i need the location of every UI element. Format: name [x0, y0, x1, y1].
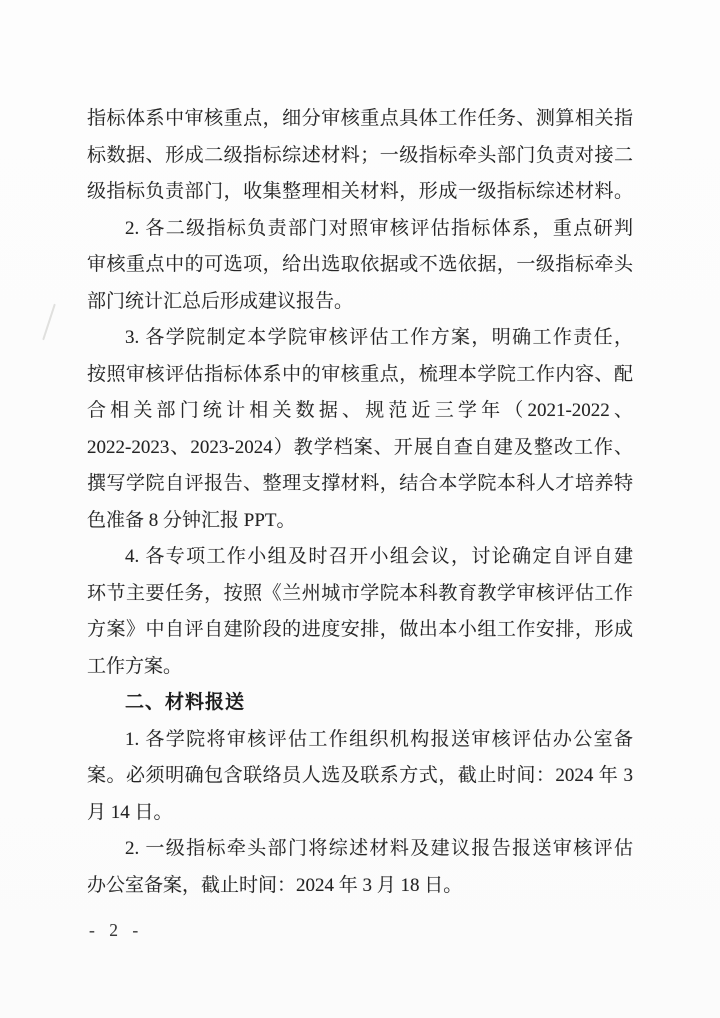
body-text-line: 环节主要任务，按照《兰州城市学院本科教育教学审核评估工作 — [87, 576, 633, 613]
section-heading-material-submission: 二、材料报送 — [87, 685, 633, 722]
scan-artifact — [42, 304, 56, 341]
body-text-line: 部门统计汇总后形成建议报告。 — [87, 284, 633, 321]
body-text-line: 级指标负责部门，收集整理相关材料，形成一级指标综述材料。 — [87, 174, 633, 211]
body-text-line: 合相关部门统计相关数据、规范近三学年（2021-2022、 — [87, 393, 633, 430]
body-text-line: 4. 各专项工作小组及时召开小组会议，讨论确定自评自建 — [87, 539, 633, 576]
body-text-line: 2. 一级指标牵头部门将综述材料及建议报告报送审核评估 — [87, 831, 633, 868]
body-text-line: 审核重点中的可选项，给出选取依据或不选依据，一级指标牵头 — [87, 247, 633, 284]
body-text-line: 2022-2023、2023-2024）教学档案、开展自查自建及整改工作、 — [87, 430, 633, 467]
body-text-line: 指标体系中审核重点，细分审核重点具体工作任务、测算相关指 — [87, 101, 633, 138]
body-text-line: 工作方案。 — [87, 649, 633, 686]
body-text-line: 按照审核评估指标体系中的审核重点，梳理本学院工作内容、配 — [87, 357, 633, 394]
body-text-line: 案。必须明确包含联络员人选及联系方式，截止时间：2024 年 3 — [87, 758, 633, 795]
body-text-line: 色准备 8 分钟汇报 PPT。 — [87, 503, 633, 540]
body-text-line: 撰写学院自评报告、整理支撑材料，结合本学院本科人才培养特 — [87, 466, 633, 503]
document-page: 指标体系中审核重点，细分审核重点具体工作任务、测算相关指 标数据、形成二级指标综… — [0, 0, 720, 1018]
body-text-line: 标数据、形成二级指标综述材料；一级指标牵头部门负责对接二 — [87, 138, 633, 175]
page-number: - 2 - — [89, 920, 143, 941]
document-body: 指标体系中审核重点，细分审核重点具体工作任务、测算相关指 标数据、形成二级指标综… — [87, 101, 633, 904]
body-text-line: 2. 各二级指标负责部门对照审核评估指标体系，重点研判 — [87, 211, 633, 248]
body-text-line: 方案》中自评自建阶段的进度安排，做出本小组工作安排，形成 — [87, 612, 633, 649]
body-text-line: 1. 各学院将审核评估工作组织机构报送审核评估办公室备 — [87, 722, 633, 759]
body-text-line: 3. 各学院制定本学院审核评估工作方案，明确工作责任， — [87, 320, 633, 357]
body-text-line: 办公室备案，截止时间：2024 年 3 月 18 日。 — [87, 868, 633, 905]
body-text-line: 月 14 日。 — [87, 795, 633, 832]
